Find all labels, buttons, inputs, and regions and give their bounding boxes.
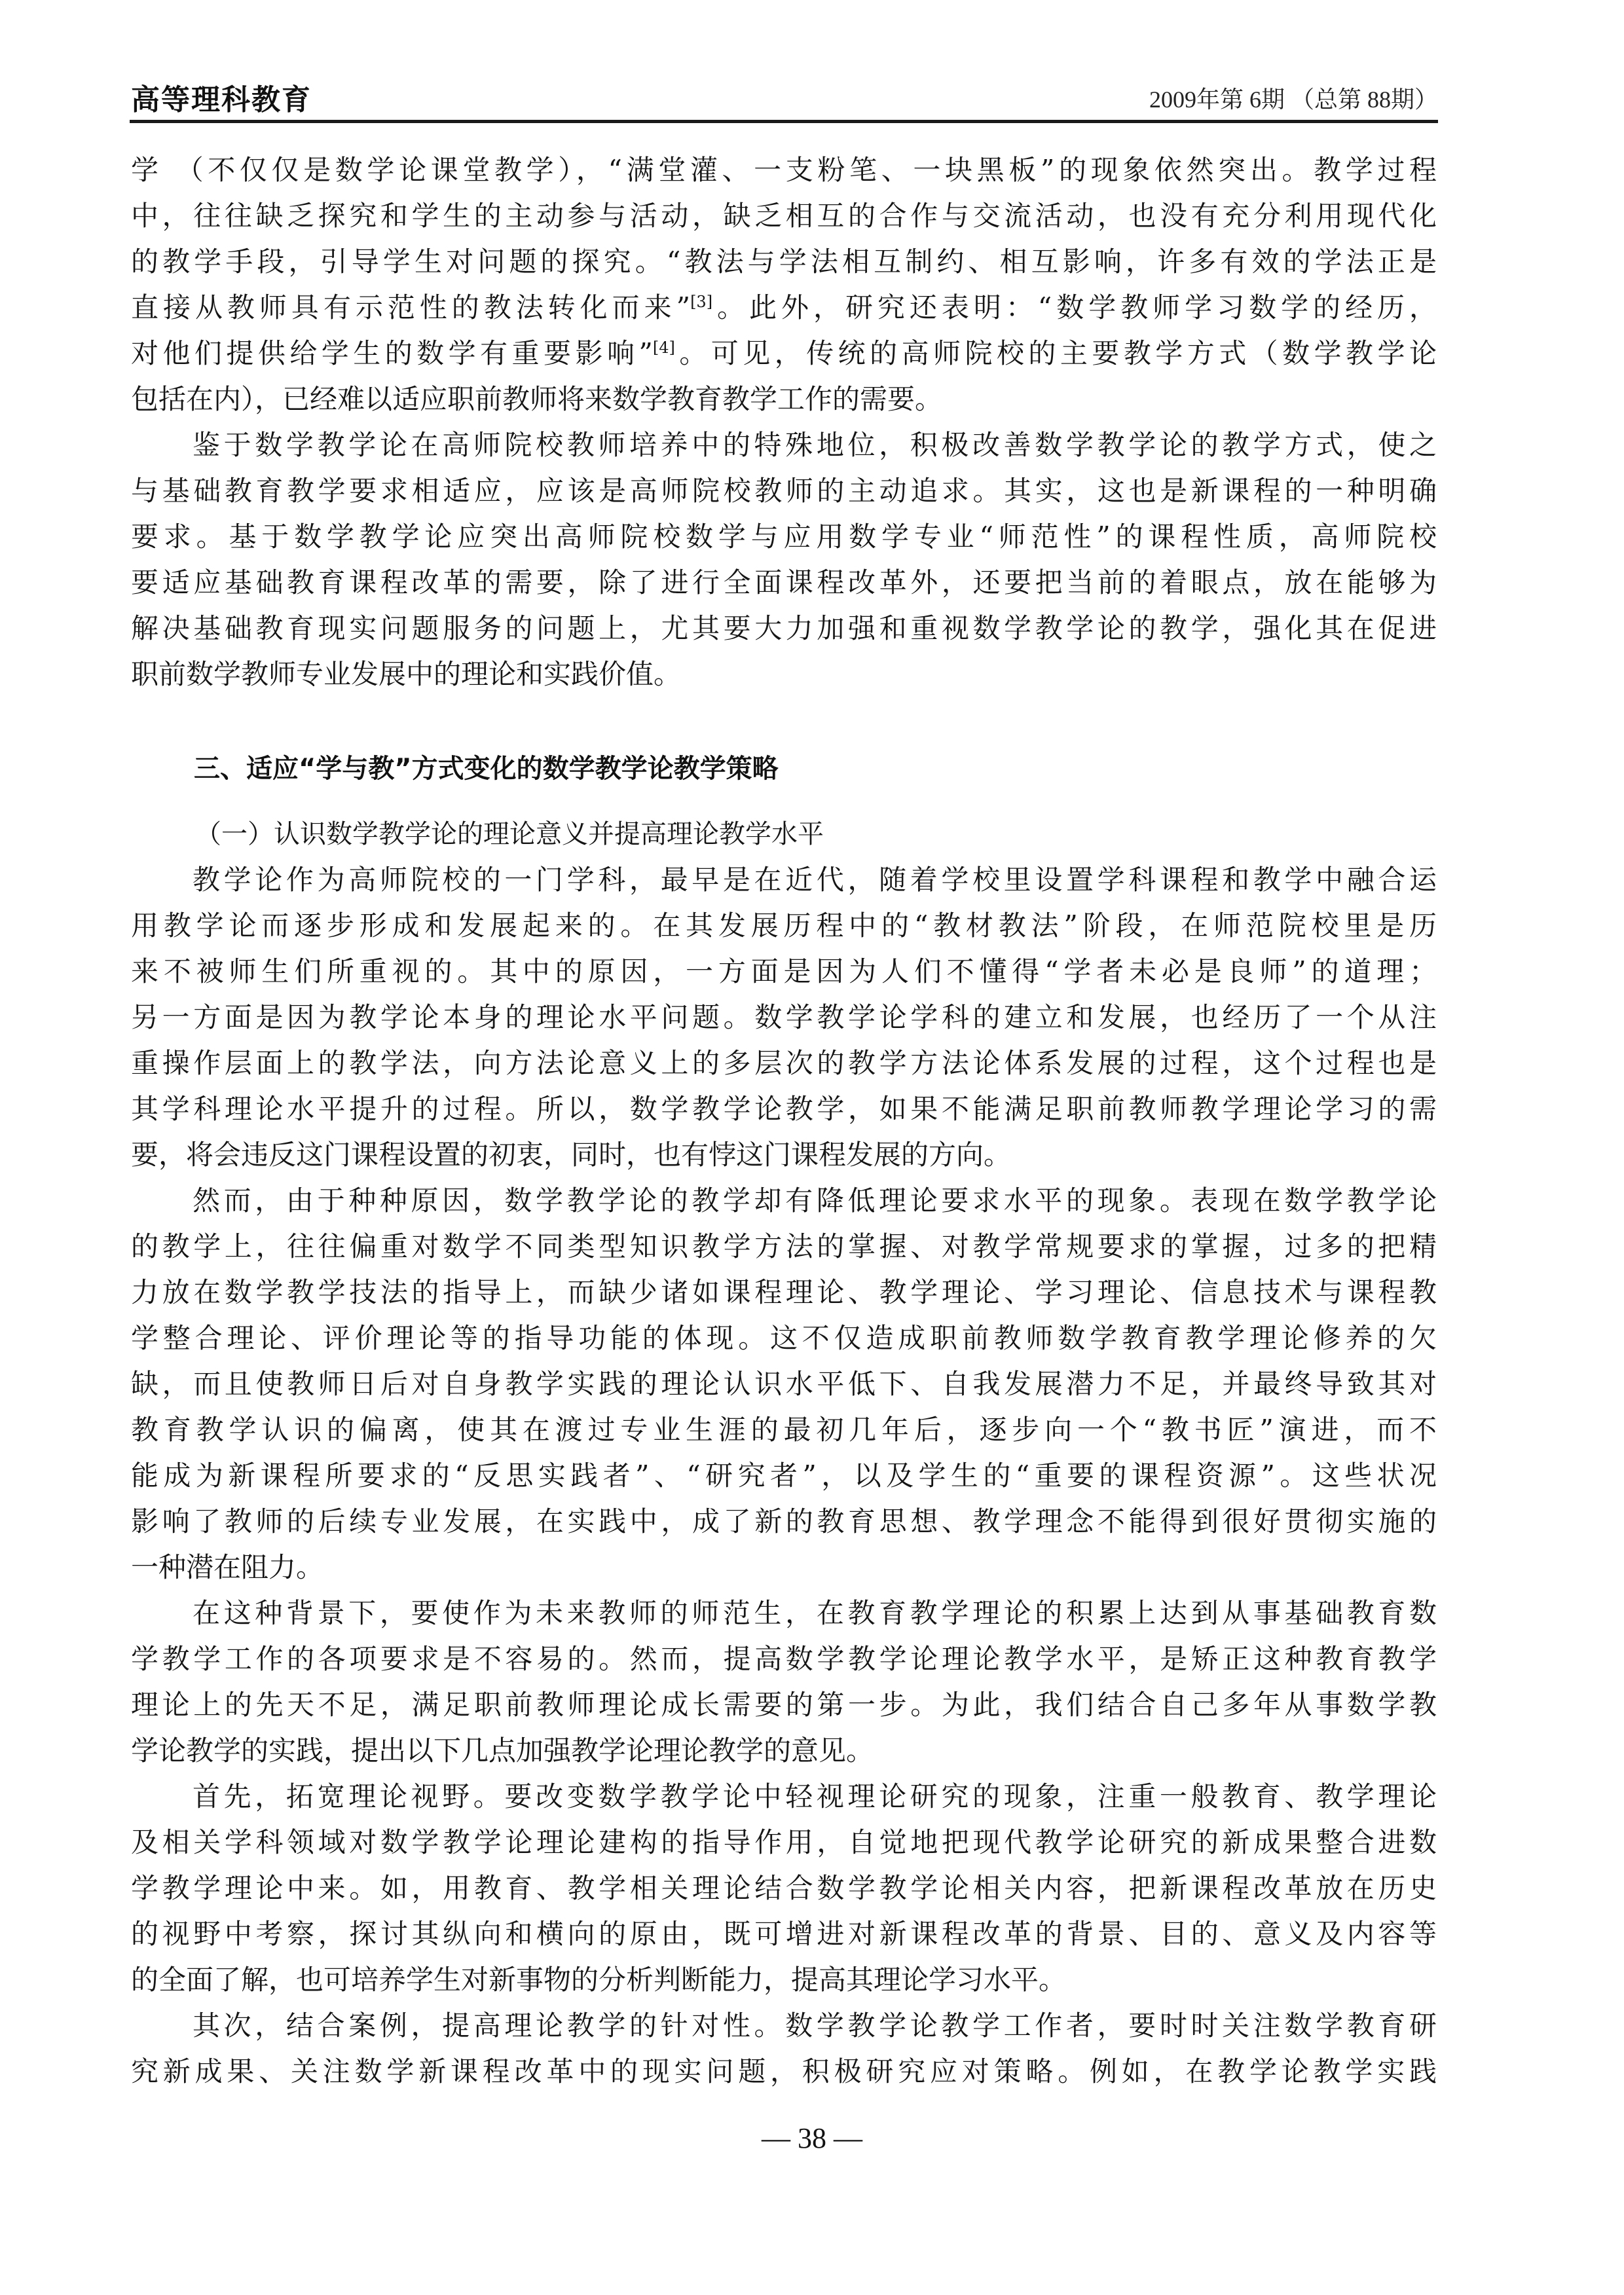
line-text: 对他们提供给学生的数学有重要影响”[4]。可见，传统的高师院校的主要教学方式（数…: [131, 337, 1437, 369]
paragraph-4-line: 一种潜在阻力。: [131, 1549, 1437, 1586]
paragraph-6-line: 学教学理论中来。如，用教育、教学相关理论结合数学教学论相关内容，把新课程改革放在…: [131, 1870, 1437, 1907]
citation-marker: [4]: [653, 339, 675, 357]
sub-heading: （一）认识数学教学论的理论意义并提高理论教学水平: [195, 816, 824, 853]
paragraph-2-line: 鉴于数学教学论在高师院校教师培养中的特殊地位，积极改善数学教学论的教学方式，使之: [193, 427, 1437, 464]
paragraph-1-line: 中，往往缺乏探究和学生的主动参与活动，缺乏相互的合作与交流活动，也没有充分利用现…: [131, 198, 1437, 234]
paragraph-2-line: 要求。基于数学教学论应突出高师院校数学与应用数学专业“师范性”的课程性质，高师院…: [131, 519, 1437, 555]
paragraph-4-line: 影响了教师的后续专业发展，在实践中，成了新的教育思想、教学理念不能得到很好贯彻实…: [131, 1503, 1437, 1540]
paragraph-5-line: 在这种背景下，要使作为未来教师的师范生，在教育教学理论的积累上达到从事基础教育数: [193, 1595, 1437, 1632]
paragraph-6-line: 的全面了解，也可培养学生对新事物的分析判断能力，提高其理论学习水平。: [131, 1962, 1437, 1998]
page-number: — 38 —: [0, 2121, 1624, 2155]
paragraph-4-line: 缺，而且使教师日后对自身教学实践的理论认识水平低下、自我发展潜力不足，并最终导致…: [131, 1366, 1437, 1403]
paragraph-3-line: 其学科理论水平提升的过程。所以，数学教学论教学，如果不能满足职前教师教学理论学习…: [131, 1091, 1437, 1128]
paragraph-6-line: 首先，拓宽理论视野。要改变数学教学论中轻视理论研究的现象，注重一般教育、教学理论: [193, 1778, 1437, 1815]
paragraph-3-line: 另一方面是因为教学论本身的理论水平问题。数学教学论学科的建立和发展，也经历了一个…: [131, 999, 1437, 1036]
paragraph-4-line: 力放在数学教学技法的指导上，而缺少诸如课程理论、教学理论、学习理论、信息技术与课…: [131, 1274, 1437, 1311]
paragraph-1-line: 包括在内），已经难以适应职前教师将来数学教育教学工作的需要。: [131, 381, 1437, 418]
running-header: 高等理科教育 2009年第 6期 （总第 88期）: [131, 73, 1438, 119]
paragraph-5-line: 理论上的先天不足，满足职前教师理论成长需要的第一步。为此，我们结合自己多年从事数…: [131, 1687, 1437, 1723]
paragraph-3-line: 教学论作为高师院校的一门学科，最早是在近代，随着学校里设置学科课程和教学中融合运: [193, 862, 1437, 898]
paragraph-1-line: 对他们提供给学生的数学有重要影响”[4]。可见，传统的高师院校的主要教学方式（数…: [131, 335, 1437, 372]
paragraph-4-line: 教育教学认识的偏离，使其在渡过专业生涯的最初几年后，逐步向一个“教书匠”演进，而…: [131, 1412, 1437, 1448]
paragraph-3-line: 重操作层面上的教学法，向方法论意义上的多层次的教学方法论体系发展的过程，这个过程…: [131, 1045, 1437, 1082]
journal-page: 高等理科教育 2009年第 6期 （总第 88期） 学 （不仅仅是数学论课堂教学…: [0, 0, 1624, 2295]
header-rule: [130, 120, 1438, 123]
paragraph-5-line: 学教学工作的各项要求是不容易的。然而，提高数学教学论理论教学水平，是矫正这种教育…: [131, 1641, 1437, 1678]
paragraph-1-line: 直接从教师具有示范性的教法转化而来”[3]。此外，研究还表明：“数学教师学习数学…: [131, 289, 1437, 326]
paragraph-1-line: 的教学手段，引导学生对问题的探究。“教法与学法相互制约、相互影响，许多有效的学法…: [131, 244, 1437, 280]
section-heading: 三、适应“学与教”方式变化的数学教学论教学策略: [194, 750, 779, 787]
paragraph-7-line: 究新成果、关注数学新课程改革中的现实问题，积极研究应对策略。例如，在教学论教学实…: [131, 2053, 1437, 2090]
paragraph-3-line: 要，将会违反这门课程设置的初衷，同时，也有悖这门课程发展的方向。: [131, 1137, 1437, 1173]
paragraph-1-line: 学 （不仅仅是数学论课堂教学），“满堂灌、一支粉笔、一块黑板”的现象依然突出。教…: [131, 152, 1437, 189]
paragraph-2-line: 与基础教育教学要求相适应，应该是高师院校教师的主动追求。其实，这也是新课程的一种…: [131, 473, 1437, 509]
line-text: 直接从教师具有示范性的教法转化而来”[3]。此外，研究还表明：“数学教师学习数学…: [131, 291, 1437, 323]
citation-marker: [3]: [690, 293, 712, 311]
paragraph-6-line: 的视野中考察，探讨其纵向和横向的原由，既可增进对新课程改革的背景、目的、意义及内…: [131, 1916, 1437, 1953]
paragraph-3-line: 用教学论而逐步形成和发展起来的。在其发展历程中的“教材教法”阶段，在师范院校里是…: [131, 908, 1437, 944]
paragraph-4-line: 的教学上，往往偏重对数学不同类型知识教学方法的掌握、对教学常规要求的掌握，过多的…: [131, 1228, 1437, 1265]
paragraph-5-line: 学论教学的实践，提出以下几点加强教学论理论教学的意见。: [131, 1733, 1437, 1769]
paragraph-3-line: 来不被师生们所重视的。其中的原因，一方面是因为人们不懂得“学者未必是良师”的道理…: [131, 953, 1437, 990]
paragraph-2-line: 解决基础教育现实问题服务的问题上，尤其要大力加强和重视数学教学论的教学，强化其在…: [131, 610, 1437, 647]
paragraph-4-line: 学整合理论、评价理论等的指导功能的体现。这不仅造成职前教师数学教育教学理论修养的…: [131, 1320, 1437, 1357]
paragraph-6-line: 及相关学科领域对数学教学论理论建构的指导作用，自觉地把现代教学论研究的新成果整合…: [131, 1824, 1437, 1861]
paragraph-4-line: 然而，由于种种原因，数学教学论的教学却有降低理论要求水平的现象。表现在数学教学论: [193, 1183, 1437, 1219]
issue-info: 2009年第 6期 （总第 88期）: [1149, 81, 1438, 115]
paragraph-4-line: 能成为新课程所要求的“反思实践者”、“研究者”，以及学生的“重要的课程资源”。这…: [131, 1458, 1437, 1494]
paragraph-2-line: 职前数学教师专业发展中的理论和实践价值。: [131, 656, 1437, 693]
journal-title: 高等理科教育: [131, 76, 312, 118]
paragraph-2-line: 要适应基础教育课程改革的需要，除了进行全面课程改革外，还要把当前的着眼点，放在能…: [131, 564, 1437, 601]
paragraph-7-line: 其次，结合案例，提高理论教学的针对性。数学教学论教学工作者，要时时关注数学教育研: [193, 2008, 1437, 2044]
